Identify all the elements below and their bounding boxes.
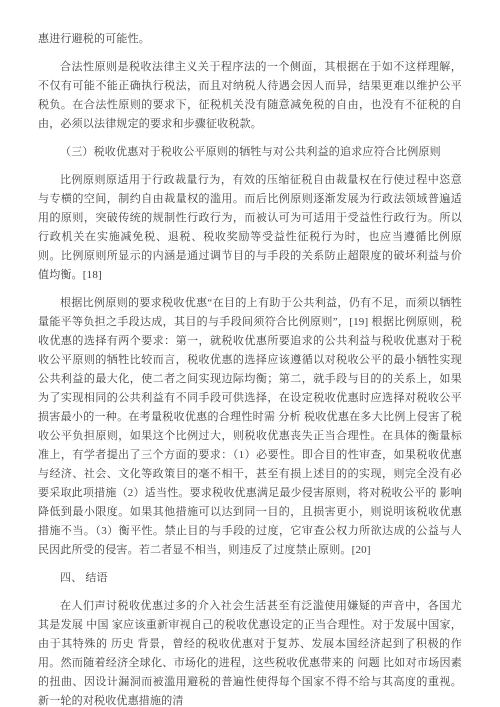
- paragraph: 合法性原则是税收法律主义关于程序法的一个侧面，其根据在于如不这样理解，不仅有可能…: [38, 58, 462, 134]
- paragraph: 根据比例原则的要求税收优惠“在目的上有助于公共利益，仍有不足，而须以牺牲量能平等…: [38, 294, 462, 560]
- section-heading: （三）税收优惠对于税收公平原则的牺牲与对公共利益的追求应符合比例原则: [38, 143, 462, 162]
- document-body: 惠进行避税的可能性。合法性原则是税收法律主义关于程序法的一个侧面，其根据在于如不…: [38, 30, 462, 707]
- section-heading: 四、 结语: [38, 569, 462, 588]
- paragraph: 比例原则原适用于行政裁量行为，有效的压缩征税自由裁量权在行使过程中恣意与专横的空…: [38, 171, 462, 285]
- paragraph: 在人们声讨税收优惠过多的介入社会生活甚至有泛滥使用嫌疑的声音中，各国尤其是发展 …: [38, 597, 462, 707]
- continuation-line: 惠进行避税的可能性。: [38, 30, 462, 49]
- document-page: 惠进行避税的可能性。合法性原则是税收法律主义关于程序法的一个侧面，其根据在于如不…: [0, 0, 500, 707]
